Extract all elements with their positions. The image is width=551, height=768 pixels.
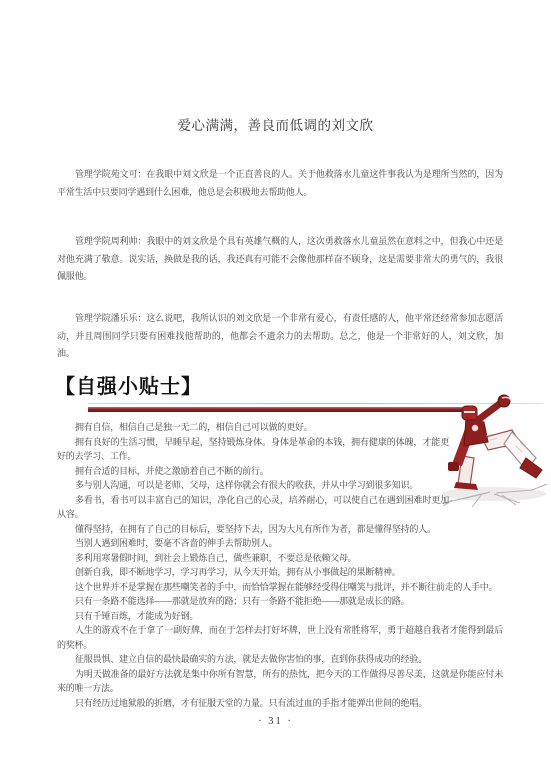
tip-item: 多与别人沟通，可以是老师、父母，这样你就会有很大的收获，并从中学习到很多知识。 xyxy=(57,478,503,493)
page-number: · 31 · xyxy=(0,716,551,727)
comment-paragraph: 管理学院苑文可：在我眼中刘文欣是一个正直善良的人。关于他救落水儿童这件事我认为是… xyxy=(57,166,503,201)
tip-item: 懂得坚持，在拥有了自己的目标后，要坚持下去，因为大凡有所作为者，都是懂得坚持的人… xyxy=(57,522,503,537)
tip-item: 当别人遇到困难时，要毫不吝啬的伸手去帮助别人。 xyxy=(57,536,503,551)
tip-item: 多看书，看书可以丰富自己的知识，净化自己的心灵，培养耐心，可以使自己在遇到困难时… xyxy=(57,493,503,522)
tip-item: 拥有合适的目标，并使之激励着自己不断的前行。 xyxy=(57,464,503,479)
page-title: 爱心满满，善良而低调的刘文欣 xyxy=(0,114,551,134)
tip-item: 这个世界并不是掌握在那些嘲笑者的手中，而恰恰掌握在能够经受得住嘲笑与批评，并不断… xyxy=(57,580,503,595)
tip-item: 人生的游戏不在于拿了一副好牌，而在于怎样去打好坏牌，世上没有常胜将军，勇于超越自… xyxy=(57,623,503,652)
tips-list: 拥有自信，相信自己是独一无二的，相信自己可以做的更好。 拥有良好的生活习惯，早睡… xyxy=(57,420,503,710)
tip-item: 为明天做准备的最好方法就是集中你所有智慧，所有的热忱，把今天的工作做得尽善尽美，… xyxy=(57,667,503,696)
comment-paragraph: 管理学院潘乐乐：这么说吧，我所认识的刘文欣是一个非常有爱心，有责任感的人，他平常… xyxy=(57,310,503,363)
tip-item: 拥有良好的生活习惯，早睡早起，坚持锻炼身体。身体是革命的本钱，拥有健康的体魄，才… xyxy=(57,435,503,464)
tip-item: 创新自我，即不断地学习，学习再学习，从今天开始，拥有从小事做起的果断精神。 xyxy=(57,565,503,580)
tip-item: 只有经历过地狱般的折磨，才有征服天堂的力量。只有流过血的手指才能弹出世间的绝唱。 xyxy=(57,696,503,711)
tip-item: 征服畏惧、建立自信的最快最确实的方法，就是去做你害怕的事，直到你获得成功的经验。 xyxy=(57,652,503,667)
comment-paragraph: 管理学院周利帅：我眼中的刘文欣是个具有英雄气概的人，这次勇救落水儿童虽然在意料之… xyxy=(57,233,503,286)
section-header: 【自强小贴士】 xyxy=(55,370,202,399)
tip-item: 多利用寒暑假时间，到社会上锻炼自己，做些兼职，不要总是依赖父母。 xyxy=(57,551,503,566)
tip-item: 只有千锤百炼，才能成为好钢。 xyxy=(57,609,503,624)
decorative-rule-bar xyxy=(88,407,472,412)
figure-text-wrap-spacer xyxy=(449,420,503,500)
tip-item: 拥有自信，相信自己是独一无二的，相信自己可以做的更好。 xyxy=(57,420,503,435)
document-page: 爱心满满，善良而低调的刘文欣 管理学院苑文可：在我眼中刘文欣是一个正直善良的人。… xyxy=(0,0,551,768)
tip-item: 只有一条路不能选择——那就是放弃的路；只有一条路不能拒绝——那就是成长的路。 xyxy=(57,594,503,609)
